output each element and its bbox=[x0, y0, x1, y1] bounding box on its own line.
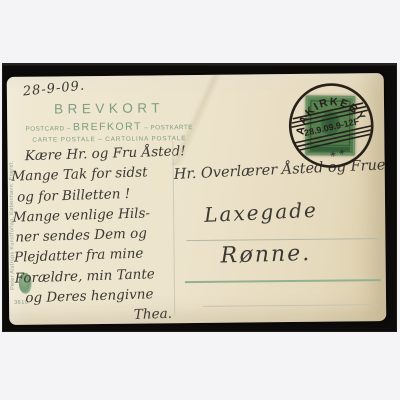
postcard: 28-9-09. BREVKORT POSTCARD – BREFKORT – … bbox=[7, 73, 387, 325]
address-street: Laxegade bbox=[204, 198, 319, 227]
subtitle-left: POSTCARD – bbox=[25, 125, 73, 132]
handwritten-date: 28-9-09. bbox=[22, 78, 85, 99]
subtitle-center: BREFKORT bbox=[73, 121, 142, 134]
subtitle-right: – POSTKARTE bbox=[142, 124, 193, 132]
address-town: Rønne. bbox=[220, 241, 311, 269]
header-title: BREVKORT bbox=[21, 100, 197, 117]
postmark-cancel: AAKIRKEBY 28.9.09.9-12F ✳ ✳ bbox=[279, 73, 384, 178]
header-subtitle: POSTCARD – BREFKORT – POSTKARTE bbox=[21, 120, 197, 134]
printed-address-line bbox=[203, 304, 379, 307]
postmark-stars-icon: ✳ ✳ bbox=[329, 147, 347, 159]
postcard-photo-backdrop: 28-9-09. BREVKORT POSTCARD – BREFKORT – … bbox=[2, 63, 397, 332]
printed-header: BREVKORT POSTCARD – BREFKORT – POSTKARTE… bbox=[21, 100, 197, 144]
printed-address-line bbox=[186, 238, 378, 241]
printed-address-line bbox=[185, 279, 381, 283]
handwritten-message: Kære Hr. og Fru Åsted! Mange Tak for sid… bbox=[11, 142, 181, 330]
